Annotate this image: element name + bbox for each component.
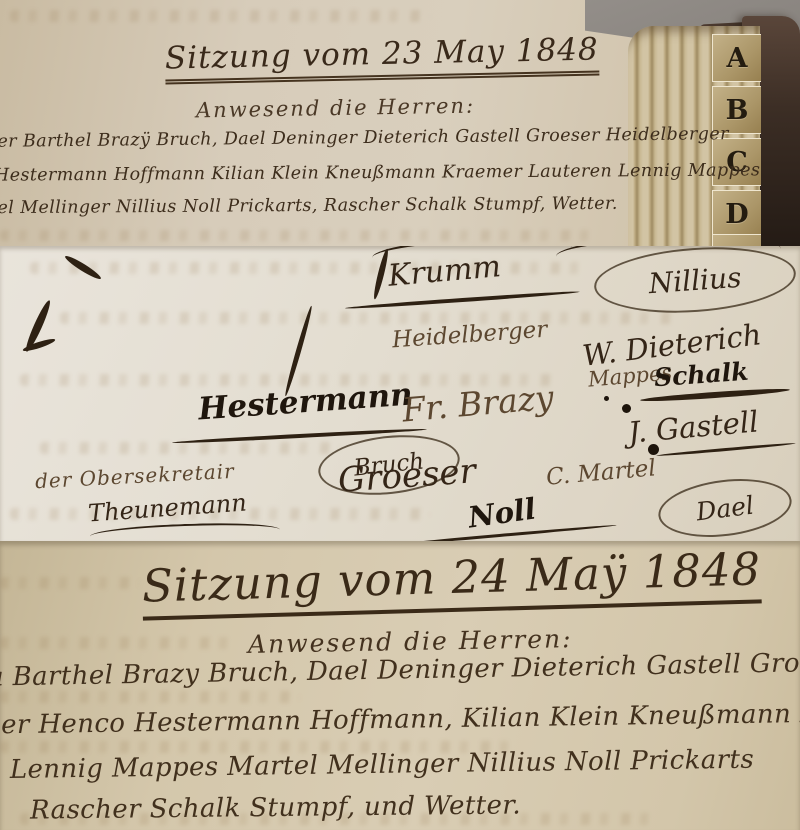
signature-underline — [345, 290, 580, 310]
signature-groeser: Groeser — [337, 451, 477, 501]
manuscript-photo-composite: A B C D E Sitzung vom 23 May 1848 Anwese… — [0, 0, 800, 830]
signature-noll: Noll — [466, 491, 538, 534]
ink-bleed-through — [60, 312, 680, 324]
ink-bleed-through — [0, 637, 240, 649]
secretary-signature: Theunemann — [87, 488, 247, 527]
register-tab-e: E — [712, 234, 761, 246]
minutes-page-24-may: Sitzung vom 24 Maÿ 1848 Anwesend die Her… — [0, 541, 800, 830]
ink-blot — [648, 444, 659, 455]
attendee-line: tel Mellinger Nillius Noll Prickarts, Ra… — [0, 194, 618, 218]
attendee-line: Rascher Schalk Stumpf, und Wetter. — [30, 790, 521, 825]
signature-gastell: J. Gastell — [627, 404, 760, 449]
secretary-title: der Obersekretair — [35, 459, 236, 493]
ink-blot — [622, 404, 631, 413]
ink-bleed-through — [10, 10, 430, 22]
ink-bleed-through — [0, 691, 300, 703]
attendee-line: ger Henco Hestermann Hoffmann, Kilian Kl… — [0, 697, 800, 740]
session-heading-24-may: Sitzung vom 24 Maÿ 1848 — [141, 542, 762, 620]
attendance-label: Anwesend die Herren: — [196, 94, 475, 123]
ink-bleed-through — [0, 577, 140, 589]
minutes-page-23-may: A B C D E Sitzung vom 23 May 1848 Anwese… — [0, 0, 800, 246]
register-tab-a: A — [712, 34, 761, 82]
session-heading-23-may: Sitzung vom 23 May 1848 — [165, 31, 600, 84]
register-tab-d: D — [712, 190, 761, 238]
ink-blot — [604, 396, 609, 401]
ink-bleed-through — [0, 230, 600, 241]
signature-dael-circled: Dael — [655, 472, 795, 541]
attendee-line: ter Barthel Brazÿ Bruch, Dael Deninger D… — [0, 124, 729, 152]
signature-page: Krumm Nillius Heidelberger W. Dieterich … — [0, 246, 800, 541]
signature-martel: C. Martel — [545, 455, 657, 490]
ink-bleed-through — [40, 442, 340, 454]
signature-schalk: Schalk — [653, 357, 749, 393]
